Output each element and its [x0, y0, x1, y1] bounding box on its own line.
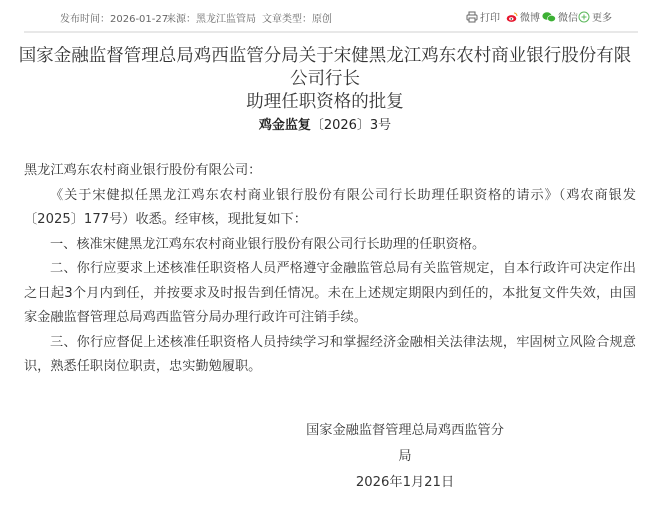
weibo-icon — [506, 11, 518, 23]
wechat-icon — [542, 11, 556, 23]
plus-circle-icon — [578, 11, 590, 23]
wechat-share-button[interactable]: 微信 — [542, 9, 578, 24]
more-share-button[interactable]: 更多 — [578, 9, 612, 24]
article-type: 文章类型：原创 — [262, 10, 332, 25]
source: 来源：黑龙江监管局 — [166, 10, 256, 25]
print-label: 打印 — [480, 9, 500, 24]
title-line-1: 国家金融监督管理总局鸡西监管分局关于宋健黑龙江鸡东农村商业银行股份有限公司行长 — [19, 46, 632, 89]
publish-time: 发布时间：2026-01-27 — [60, 10, 168, 25]
wechat-label: 微信 — [558, 9, 578, 24]
paragraph-intro: 《关于宋健拟任黑龙江鸡东农村商业银行股份有限公司行长助理任职资格的请示》（鸡农商… — [24, 184, 636, 233]
article-meta-bar: 发布时间：2026-01-27 来源：黑龙江监管局 文章类型：原创 打印 微博 … — [0, 0, 650, 32]
header-divider — [24, 31, 638, 33]
article-title: 国家金融监督管理总局鸡西监管分局关于宋健黑龙江鸡东农村商业银行股份有限公司行长 … — [14, 45, 636, 114]
document-number: 鸡金监复〔2026〕3号 — [0, 114, 650, 133]
more-label: 更多 — [592, 9, 612, 24]
article-body: 黑龙江鸡东农村商业银行股份有限公司： 《关于宋健拟任黑龙江鸡东农村商业银行股份有… — [24, 159, 636, 380]
print-button[interactable]: 打印 — [466, 9, 500, 24]
signature-org: 国家金融监督管理总局鸡西监管分局 — [300, 418, 510, 470]
doc-number-prefix: 鸡金监复 — [259, 118, 311, 133]
weibo-label: 微博 — [520, 9, 540, 24]
title-line-2: 助理任职资格的批复 — [246, 92, 404, 112]
salutation: 黑龙江鸡东农村商业银行股份有限公司： — [24, 159, 636, 184]
signature-block: 国家金融监督管理总局鸡西监管分局 2026年1月21日 — [300, 418, 510, 496]
doc-number-suffix: 〔2026〕3号 — [311, 118, 391, 133]
paragraph-item-3: 三、你行应督促上述核准任职资格人员持续学习和掌握经济金融相关法律法规，牢固树立风… — [24, 331, 636, 380]
paragraph-item-1: 一、核准宋健黑龙江鸡东农村商业银行股份有限公司行长助理的任职资格。 — [24, 233, 636, 258]
printer-icon — [466, 11, 478, 23]
signature-date: 2026年1月21日 — [300, 470, 510, 496]
weibo-share-button[interactable]: 微博 — [506, 9, 540, 24]
paragraph-item-2: 二、你行应要求上述核准任职资格人员严格遵守金融监管总局有关监管规定，自本行政许可… — [24, 257, 636, 331]
